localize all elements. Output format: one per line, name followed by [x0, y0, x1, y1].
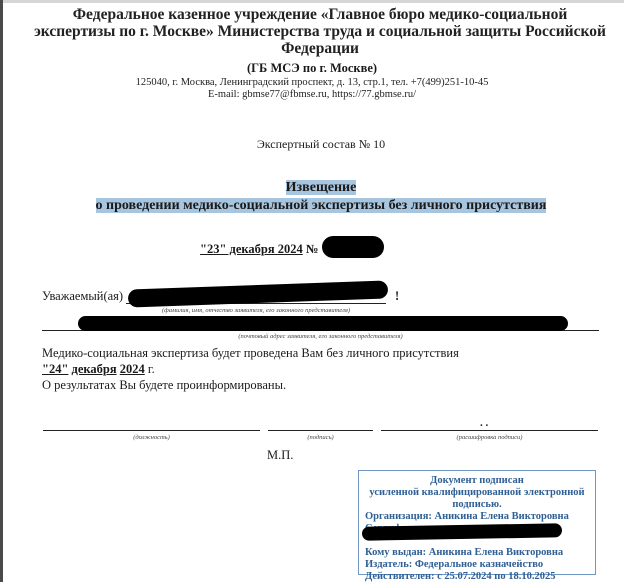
greeting-label: Уважаемый(ая): [42, 289, 123, 304]
organization-abbreviation: (ГБ МСЭ по г. Москве): [0, 61, 624, 76]
stamp-valid: Действителен: с 25.07.2024 по 18.10.2025: [359, 571, 595, 582]
organization-address: 125040, г. Москва, Ленинградский проспек…: [0, 77, 624, 88]
stamp-issued-to: Кому выдан: Аникина Елена Викторовна: [359, 547, 595, 559]
decoding-caption: (расшифровка подписи): [381, 434, 598, 441]
e-signature-stamp: Документ подписан усиленной квалифициров…: [358, 470, 596, 575]
year-suffix: г.: [148, 362, 155, 376]
title-line-1: Извещение: [286, 180, 357, 195]
decoding-line: [381, 430, 598, 431]
organization-line-1: Федеральное казенное учреждение «Главное…: [20, 6, 620, 23]
document-title: Извещение: [0, 180, 624, 196]
exam-month: декабря: [72, 362, 117, 376]
stamp-issuer: Издатель: Федеральное казначейство: [359, 559, 595, 571]
title-line-2: о проведении медико-социальной экспертиз…: [96, 198, 547, 213]
stamp-place: М.П.: [267, 448, 293, 463]
stamp-title-2: усиленной квалифицированной электронной: [359, 487, 595, 499]
exam-text-line: Медико-социальная экспертиза будет прове…: [42, 346, 459, 361]
results-text: О результатах Вы будете проинформированы…: [42, 378, 286, 393]
expert-panel: Экспертный состав № 10: [0, 137, 624, 152]
organization-contacts: E-mail: gbmse77@fbmse.ru, https://77.gbm…: [0, 89, 624, 100]
stamp-title-1: Документ подписан: [359, 475, 595, 487]
stamp-organization: Организация: Аникина Елена Викторовна: [359, 511, 595, 523]
notice-date: "23" декабря 2024 №: [200, 242, 318, 257]
notice-number-label: №: [306, 242, 319, 256]
redacted-notice-number: [322, 236, 384, 258]
exam-date: "24" декабря 2024 г.: [42, 362, 155, 377]
position-line: [43, 430, 260, 431]
exam-day: "24": [42, 362, 68, 376]
viewer-top-edge: [0, 0, 624, 3]
organization-line-3: Федерации: [20, 40, 620, 57]
name-caption: (фамилия, имя, отчество заявителя, его з…: [126, 307, 386, 314]
address-caption: (почтовый адрес заявителя, его законного…: [42, 333, 599, 340]
signature-line: [268, 430, 373, 431]
notice-date-text: "23" декабря 2024: [200, 242, 303, 256]
organization-header: Федеральное казенное учреждение «Главное…: [20, 6, 620, 57]
document-subtitle: о проведении медико-социальной экспертиз…: [0, 198, 624, 214]
organization-line-2: экспертизы по г. Москве» Министерства тр…: [20, 23, 620, 40]
exam-year: 2024: [120, 362, 145, 376]
position-caption: (должность): [43, 434, 260, 441]
decoding-value: . .: [480, 417, 488, 429]
redacted-address: [78, 316, 568, 331]
stamp-title-3: подписью.: [359, 499, 595, 511]
signature-caption: (подпись): [268, 434, 373, 441]
greeting-exclamation: !: [395, 289, 399, 304]
